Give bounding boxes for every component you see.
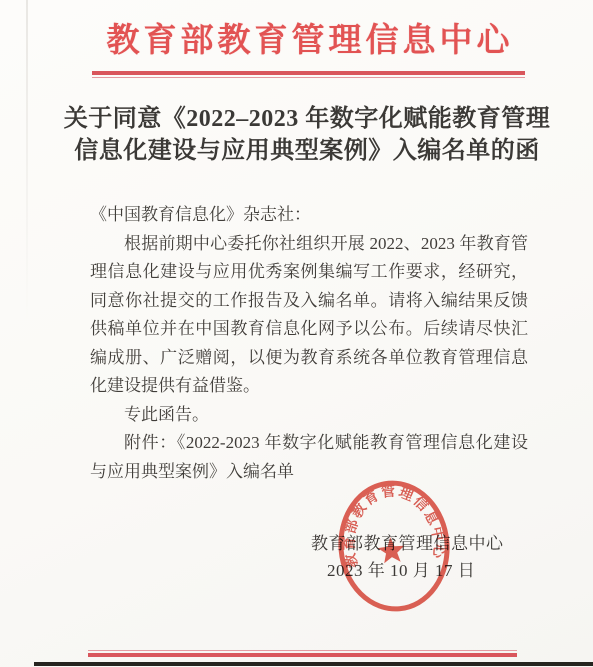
- seal-star-icon: [377, 536, 406, 564]
- bottom-divider-thick-line: [88, 653, 517, 657]
- letter-body: 《中国教育信息化》杂志社： 根据前期中心委托你社组织开展 2022、2023 年…: [90, 201, 528, 486]
- official-seal: 教育部教育管理信息中心: [327, 471, 461, 621]
- salutation-line: 《中国教育信息化》杂志社：: [90, 201, 528, 230]
- page-bottom-divider: [88, 650, 517, 657]
- document-title-line1: 关于同意《2022–2023 年数字化赋能教育管理: [57, 103, 557, 135]
- attachment-line: 附件：《2022-2023 年数字化赋能教育管理信息化建设与应用典型案例》入编名…: [90, 429, 528, 486]
- document-title-line2: 信息化建设与应用典型案例》入编名单的函: [57, 135, 557, 167]
- letterhead-divider-thick-line: [92, 71, 525, 75]
- letterhead-divider-thin-line: [92, 77, 525, 78]
- closing-line: 专此函告。: [90, 401, 528, 430]
- scan-crease: [26, 0, 28, 320]
- bottom-divider-thin-line: [88, 650, 517, 651]
- main-paragraph: 根据前期中心委托你社组织开展 2022、2023 年教育管理信息化建设与应用优秀…: [90, 230, 528, 401]
- letterhead-org-title: 教育部教育管理信息中心: [70, 14, 550, 61]
- document-title: 关于同意《2022–2023 年数字化赋能教育管理 信息化建设与应用典型案例》入…: [57, 103, 557, 167]
- scan-bottom-edge: [34, 662, 593, 666]
- scanned-letter-page: 教育部教育管理信息中心 关于同意《2022–2023 年数字化赋能教育管理 信息…: [0, 0, 593, 667]
- letterhead-divider: [92, 71, 525, 78]
